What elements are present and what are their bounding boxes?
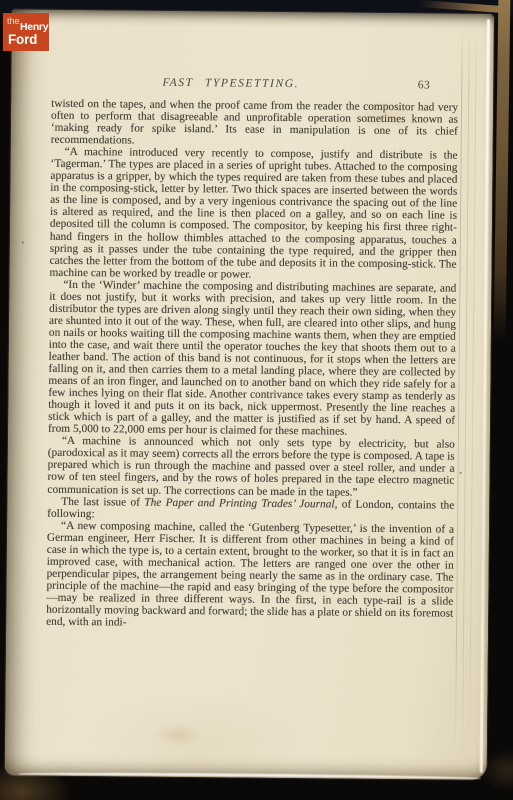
running-title: FAST TYPESETTING. xyxy=(162,77,299,90)
page-edge-highlight xyxy=(480,19,490,773)
page-header: FAST TYPESETTING. 63 xyxy=(51,76,458,94)
page-content: FAST TYPESETTING. 63 twisted on the tape… xyxy=(46,76,458,632)
book-cover-edge xyxy=(494,0,511,341)
book-page: FAST TYPESETTING. 63 twisted on the tape… xyxy=(5,9,494,780)
ink-speck xyxy=(460,472,462,474)
henry-ford-watermark: the Henry Ford xyxy=(3,13,49,51)
logo-text-henry: Henry xyxy=(20,22,48,33)
ink-speck xyxy=(22,241,24,243)
paragraph: “A new composing machine, called the ‘Gu… xyxy=(46,519,454,631)
paragraph-segment: “A machine is announced which not only s… xyxy=(47,435,455,498)
paragraph-segment: twisted on the tapes, and when the proof… xyxy=(51,98,458,147)
paragraph: “In the ‘Winder’ machine the composing a… xyxy=(48,278,456,439)
paragraph: twisted on the tapes, and when the proof… xyxy=(51,98,458,150)
book-cover-edge-top xyxy=(418,0,503,13)
page-edge-crease xyxy=(469,26,477,754)
paragraph-segment: “A machine introduced very recently to c… xyxy=(49,146,457,280)
paragraph-segment: The last issue of xyxy=(61,495,144,508)
page-bottom-highlight xyxy=(19,771,481,778)
page-stain xyxy=(155,723,201,747)
text-block: twisted on the tapes, and when the proof… xyxy=(46,98,458,632)
scanned-book-photo: FAST TYPESETTING. 63 twisted on the tape… xyxy=(0,0,513,800)
paragraph-segment: “In the ‘Winder’ machine the composing a… xyxy=(48,279,456,438)
page-number: 63 xyxy=(418,79,431,91)
logo-text-the: the xyxy=(7,17,20,26)
logo-text-ford: Ford xyxy=(8,33,37,47)
paragraph-segment: “A new composing machine, called the ‘Gu… xyxy=(46,520,454,629)
paragraph: “A machine introduced very recently to c… xyxy=(49,146,457,282)
paragraph: “A machine is announced which not only s… xyxy=(47,435,455,499)
page-edge-crease xyxy=(462,26,470,754)
paragraph-segment: The Paper and Printing Trades’ Journal xyxy=(144,496,334,510)
